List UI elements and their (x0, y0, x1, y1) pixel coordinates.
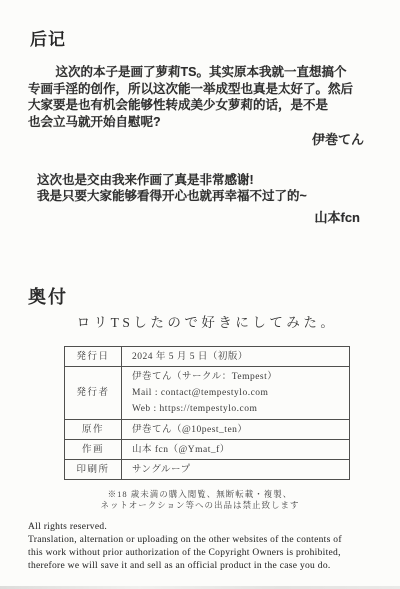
row-label: 作画 (65, 440, 122, 460)
artist-signature: 山本fcn (0, 210, 400, 226)
row-label: 印刷所 (65, 460, 122, 480)
paragraph-line: 这次也是交由我来作画了真是非常感谢! (37, 172, 378, 188)
row-label: 発行日 (65, 347, 122, 367)
book-title: ロリTSしたので好きにしてみた。 (64, 314, 350, 332)
publisher-circle: 伊巻てん（サークル：Tempest） (132, 369, 345, 385)
notice-line: ネットオークション等への出品は禁止致します (0, 500, 400, 511)
author-signature: 伊巻てん (0, 132, 400, 148)
paragraph-line: 我是只要大家能够看得开心也就再幸福不过了的~ (37, 188, 378, 204)
table-row-publish-date: 発行日 2024 年 5 月 5 日（初版） (65, 347, 350, 367)
copyright-statement: All rights reserved. Translation, altern… (28, 521, 400, 573)
rights-line: Translation, alternation or uploading on… (28, 534, 400, 547)
paragraph-line: 专画手淫的创作，所以这次能一举成型也真是太好了。然后 (28, 81, 378, 98)
table-row-original: 原作 伊巻てん（@10pest_ten） (65, 420, 350, 440)
row-label: 発行者 (65, 367, 122, 420)
afterword-heading: 后记 (30, 30, 400, 50)
paragraph-line: 也会立马就开始自慰呢? (28, 114, 378, 131)
prohibition-notice: ※18 歳未満の購入閲覧、無断転載・複製、 ネットオークション等への出品は禁止致… (0, 489, 400, 511)
notice-line: ※18 歳未満の購入閲覧、無断転載・複製、 (0, 489, 400, 500)
row-value: 伊巻てん（サークル：Tempest） Mail : contact@tempes… (122, 367, 350, 420)
afterword-paragraph-2: 这次也是交由我来作画了真是非常感谢! 我是只要大家能够看得开心也就再幸福不过了的… (37, 172, 378, 204)
rights-line: this work without prior authorization of… (28, 547, 400, 560)
paragraph-line: 大家要是也有机会能够性转成美少女萝莉的话，是不是 (28, 97, 378, 114)
row-value: 山本 fcn（@Ymat_f） (122, 440, 350, 460)
afterword-paragraph-1: 这次的本子是画了萝莉TS。其实原本我就一直想搞个 专画手淫的创作，所以这次能一举… (28, 64, 378, 130)
table-row-printer: 印刷所 サングループ (65, 460, 350, 480)
row-value: 2024 年 5 月 5 日（初版） (122, 347, 350, 367)
publisher-web: Web : https://tempestylo.com (132, 401, 345, 417)
table-row-publisher: 発行者 伊巻てん（サークル：Tempest） Mail : contact@te… (65, 367, 350, 420)
table-row-illustration: 作画 山本 fcn（@Ymat_f） (65, 440, 350, 460)
colophon-section: 奥付 ロリTSしたので好きにしてみた。 発行日 2024 年 5 月 5 日（初… (0, 286, 400, 573)
row-value: 伊巻てん（@10pest_ten） (122, 420, 350, 440)
afterword-section: 后记 这次的本子是画了萝莉TS。其实原本我就一直想搞个 专画手淫的创作，所以这次… (0, 0, 400, 226)
paragraph-line: 这次的本子是画了萝莉TS。其实原本我就一直想搞个 (28, 64, 378, 81)
colophon-heading: 奥付 (28, 286, 400, 308)
publication-info-table: 発行日 2024 年 5 月 5 日（初版） 発行者 伊巻てん（サークル：Tem… (64, 346, 350, 480)
rights-line: All rights reserved. (28, 521, 400, 534)
row-value: サングループ (122, 460, 350, 480)
publisher-mail: Mail : contact@tempestylo.com (132, 385, 345, 401)
colophon-page: 后记 这次的本子是画了萝莉TS。其实原本我就一直想搞个 专画手淫的创作，所以这次… (0, 0, 400, 589)
row-label: 原作 (65, 420, 122, 440)
rights-line: therefore we will save it and sell as an… (28, 560, 400, 573)
